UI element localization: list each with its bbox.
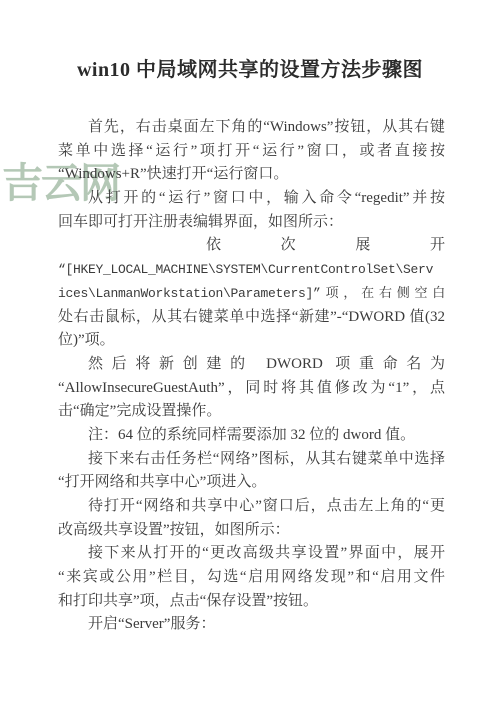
text-line: 位)”项。 [58, 329, 445, 353]
text-line: “来宾或公用”栏目，勾选“启用网络发现”和“启用文件 [58, 566, 445, 590]
text-line: 处右击鼠标，从其右键菜单中选择“新建”-“DWORD 值(32 [58, 306, 445, 330]
text-line: 首先，右击桌面左下角的“Windows”按钮，从其右键 [58, 116, 445, 140]
text-line: 击“确定”完成设置操作。 [58, 400, 445, 424]
text-line: 和打印共享”项，点击“保存设置”按钮。 [58, 590, 445, 614]
document-page: 吉云网 win10 中局域网共享的设置方法步骤图 首先，右击桌面左下角的“Win… [0, 0, 500, 707]
text-line: 接下来从打开的“更改高级共享设置”界面中，展开 [58, 542, 445, 566]
text-line: ices\LanmanWorkstation\Parameters]”项，在右侧… [58, 282, 445, 306]
text-line: 回车即可打开注册表编辑界面，如图所示： [58, 211, 445, 235]
text-line: 待打开“网络和共享中心”窗口后，点击左上角的“更 [58, 495, 445, 519]
text-line: “AllowInsecureGuestAuth”，同时将其值修改为“1”，点 [58, 377, 445, 401]
text-line: 注：64 位的系统同样需要添加 32 位的 dword 值。 [58, 424, 445, 448]
text-line: 从打开的“运行”窗口中，输入命令“regedit”并按 [58, 187, 445, 211]
text-line: 开启“Server”服务： [58, 613, 445, 637]
text-line: “打开网络和共享中心”项进入。 [58, 471, 445, 495]
text-line: “Windows+R”快速打开“运行窗口。 [58, 163, 445, 187]
text-line: 依次展开 [58, 234, 445, 258]
text-line: 接下来右击任务栏“网络”图标，从其右键菜单中选择 [58, 448, 445, 472]
text-line: 改高级共享设置”按钮，如图所示： [58, 519, 445, 543]
text-line: 菜单中选择“运行”项打开“运行”窗口，或者直接按 [58, 140, 445, 164]
text-line: 然后将新创建的 DWORD 项重命名为 [58, 353, 445, 377]
document-body: 首先，右击桌面左下角的“Windows”按钮，从其右键菜单中选择“运行”项打开“… [58, 116, 445, 637]
page-title: win10 中局域网共享的设置方法步骤图 [0, 0, 500, 84]
text-line: “[HKEY_LOCAL_MACHINE\SYSTEM\CurrentContr… [58, 258, 445, 282]
